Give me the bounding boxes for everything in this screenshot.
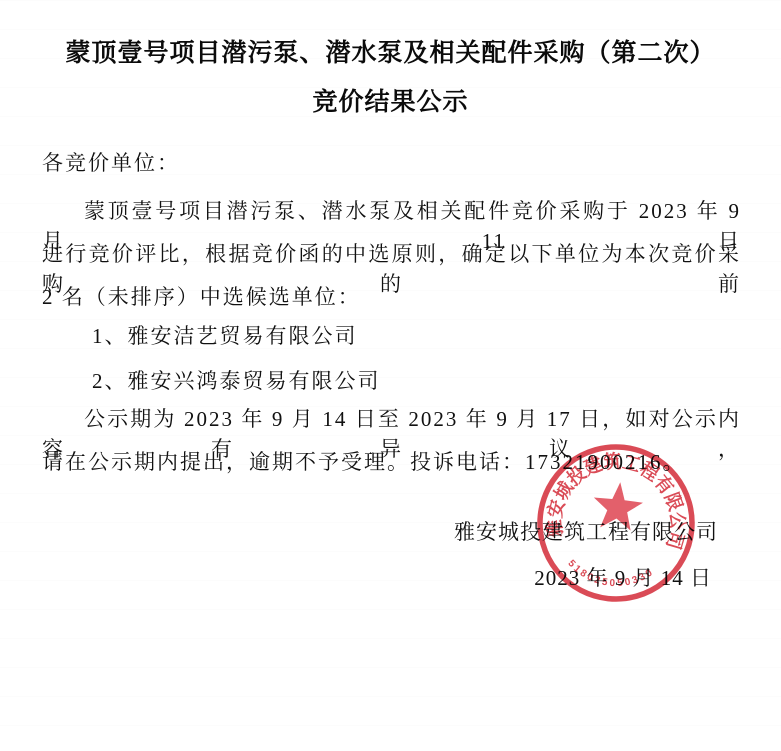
salutation: 各竞价单位：	[42, 148, 741, 178]
paragraph1-line3: 2 名（未排序）中选候选单位：	[42, 282, 741, 312]
candidate-item-2: 2、雅安兴鸿泰贸易有限公司	[42, 366, 741, 396]
company-seal-stamp: 雅安城投建筑工程有限公司 518025050330	[528, 435, 710, 615]
document-page: 蒙顶壹号项目潜污泵、潜水泵及相关配件采购（第二次） 竞价结果公示 各竞价单位： …	[0, 0, 781, 751]
document-title-line1: 蒙顶壹号项目潜污泵、潜水泵及相关配件采购（第二次）	[0, 33, 781, 69]
seal-star-icon	[591, 480, 645, 532]
candidate-item-1: 1、雅安洁艺贸易有限公司	[42, 321, 741, 351]
document-title-line2: 竞价结果公示	[0, 82, 781, 118]
